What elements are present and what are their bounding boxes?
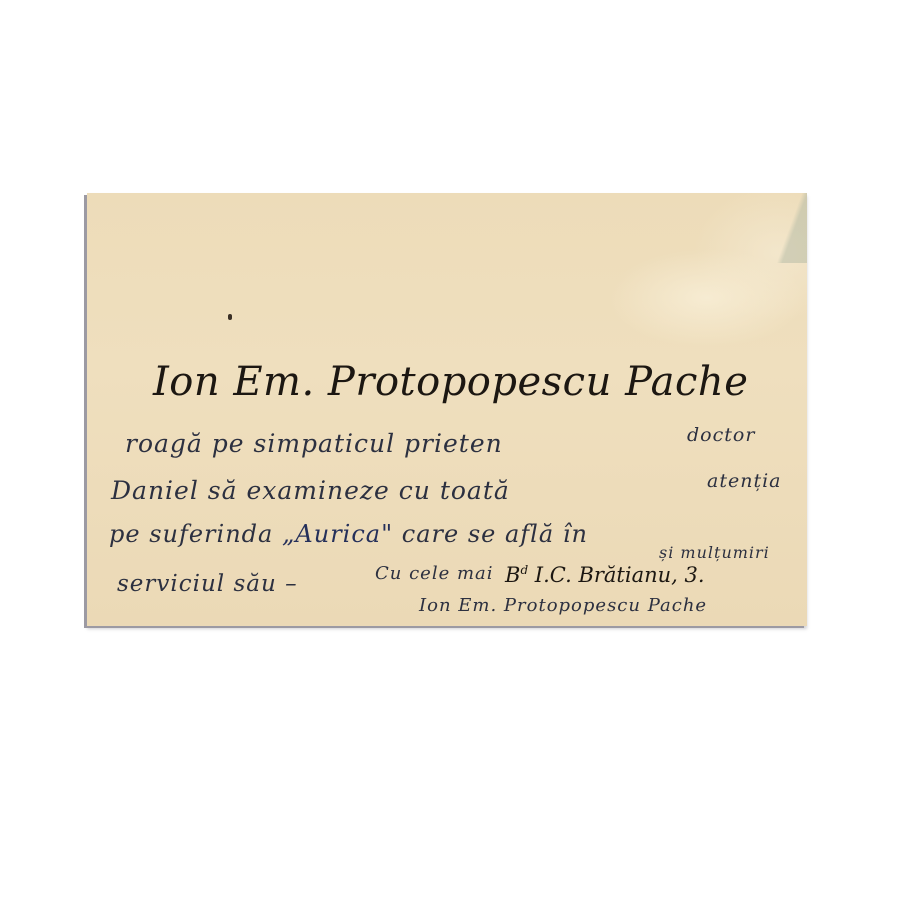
handwritten-atentia: atenția [707,470,781,492]
visiting-card: Ion Em. Protopopescu Pache roagă pe simp… [87,193,807,626]
address-prefix-sup: d [520,563,528,577]
handwritten-closing: Cu cele mai [375,563,494,584]
address-prefix: B [505,563,520,587]
handwritten-signature: Ion Em. Protopopescu Pache [419,595,707,616]
handwritten-multumiri: și mulțumiri [659,543,770,562]
handwritten-line-3-end: care se află în [393,520,588,548]
handwritten-line-2: Daniel să examineze cu toată [111,476,510,505]
printed-name: Ion Em. Protopopescu Pache [153,359,748,405]
handwritten-line-3-start: pe suferinda [109,520,282,548]
handwritten-aurica: „Aurica" [282,520,393,548]
handwritten-line-3: pe suferinda „Aurica" care se află în [109,520,588,548]
handwritten-line-4: serviciul său – [117,571,298,597]
ink-speck [228,314,232,320]
handwritten-line-1: roagă pe simpaticul prieten [125,429,503,458]
address-text: I.C. Brătianu, 3. [528,563,704,587]
handwritten-doctor: doctor [687,424,755,446]
printed-address: Bd I.C. Brătianu, 3. [505,563,705,587]
